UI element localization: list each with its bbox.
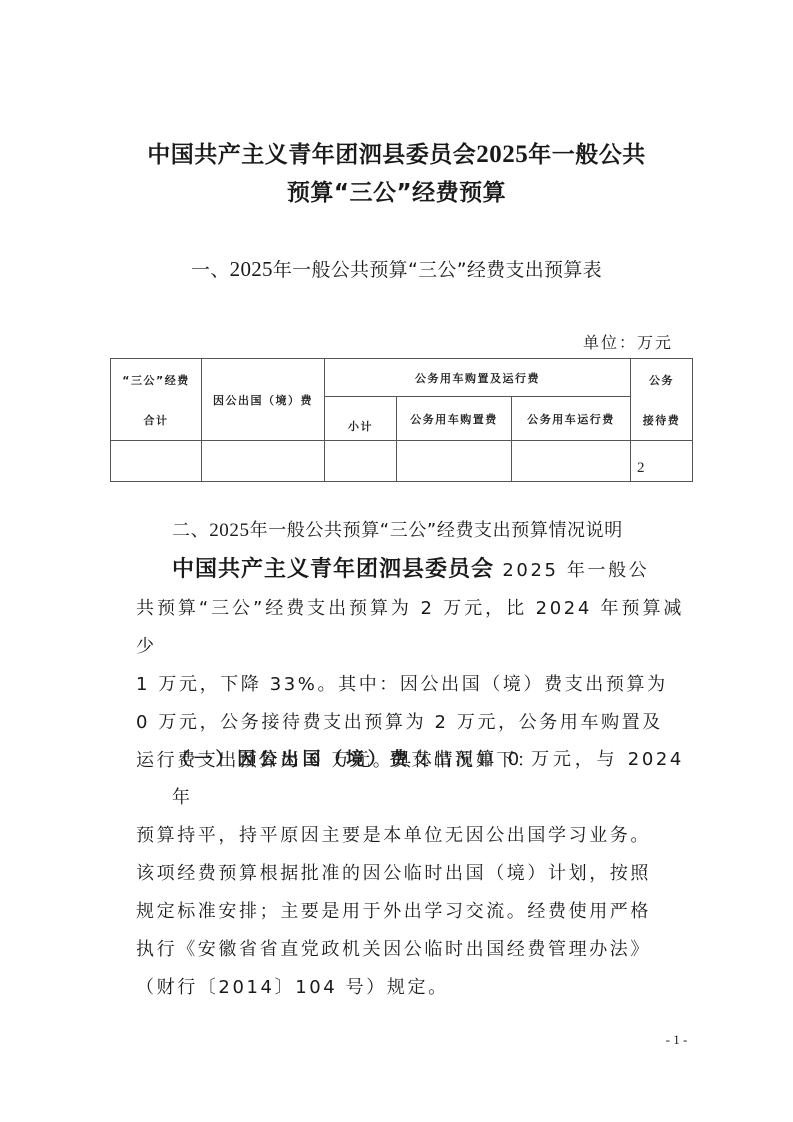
document-title-line-2: 预算“三公”经费预算	[0, 174, 793, 212]
cell-vehicle-purchase	[397, 441, 512, 482]
header-vehicle-purchase: 公务用车购置费	[397, 397, 512, 441]
header-vehicle-operation: 公务用车运行费	[512, 397, 631, 441]
paragraph-line: （财行〔2014〕104 号）规定。	[136, 969, 684, 1007]
org-name-bold: 中国共产主义青年团泗县委员会	[172, 557, 494, 582]
cell-total	[111, 441, 202, 482]
title-suffix: 年一般公共	[528, 142, 646, 168]
section-2-heading: 二、2025年一般公共预算“三公”经费支出预算情况说明	[172, 516, 623, 542]
section-1-heading: 一、2025年一般公共预算“三公”经费支出预算表	[0, 255, 793, 282]
three-public-expenses-table: “三公”经费 合计 因公出国（境）费 公务用车购置及运行费 公务 接待费 小计 …	[110, 358, 693, 482]
section-2-prefix: 二、	[172, 520, 209, 541]
table-row: 2	[111, 441, 693, 482]
paragraph-line: 预算持平，持平原因主要是本单位无因公出国学习业务。	[136, 817, 684, 855]
header-reception-line1: 公务	[631, 372, 692, 388]
cell-vehicle-subtotal	[325, 441, 397, 482]
header-total-line2: 合计	[111, 412, 201, 428]
header-vehicle-group: 公务用车购置及运行费	[325, 359, 631, 397]
paragraph-line: 1 万元，下降 33%。其中：因公出国（境）费支出预算为	[136, 666, 684, 704]
header-total-line1: “三公”经费	[111, 372, 201, 388]
cell-reception: 2	[631, 441, 693, 482]
paragraph-line: 执行《安徽省省直党政机关因公临时出国经费管理办法》	[136, 931, 684, 969]
paragraph-line-tail: 2025 年一般公	[494, 560, 649, 581]
overseas-lead-bold: （一）因公出国（境）费	[172, 749, 411, 770]
section-1-suffix: 年一般公共预算“三公”经费支出预算表	[273, 259, 602, 281]
paragraph-line: 该项经费预算根据批准的因公临时出国（境）计划，按照	[136, 855, 684, 893]
header-overseas: 因公出国（境）费	[202, 359, 325, 441]
title-year: 2025	[476, 141, 528, 168]
cell-vehicle-operation	[512, 441, 631, 482]
section-2-year: 2025	[209, 520, 249, 541]
page-number: - 1 -	[0, 1032, 793, 1048]
cell-overseas	[202, 441, 325, 482]
paragraph-overseas: （一）因公出国（境）费支出预算 0 万元，与 2024 年 预算持平，持平原因主…	[136, 741, 684, 1007]
section-1-prefix: 一、	[191, 259, 230, 281]
header-reception-line2: 接待费	[631, 412, 692, 428]
document-title-line-1: 中国共产主义青年团泗县委员会2025年一般公共	[0, 136, 793, 174]
header-total: “三公”经费 合计	[111, 359, 202, 441]
paragraph-line: 中国共产主义青年团泗县委员会 2025 年一般公	[136, 551, 684, 590]
header-vehicle-subtotal: 小计	[325, 397, 397, 441]
title-org: 中国共产主义青年团泗县委员会	[147, 142, 476, 168]
header-reception: 公务 接待费	[631, 359, 693, 441]
section-2-suffix: 年一般公共预算“三公”经费支出预算情况说明	[250, 520, 623, 541]
unit-label: 单位：万元	[583, 330, 673, 353]
paragraph-line: 规定标准安排；主要是用于外出学习交流。经费使用严格	[136, 893, 684, 931]
paragraph-line: 共预算“三公”经费支出预算为 2 万元，比 2024 年预算减少	[136, 590, 684, 666]
paragraph-line: 0 万元，公务接待费支出预算为 2 万元，公务用车购置及	[136, 704, 684, 742]
section-1-year: 2025	[230, 257, 273, 281]
paragraph-line: （一）因公出国（境）费支出预算 0 万元，与 2024 年	[136, 741, 684, 817]
